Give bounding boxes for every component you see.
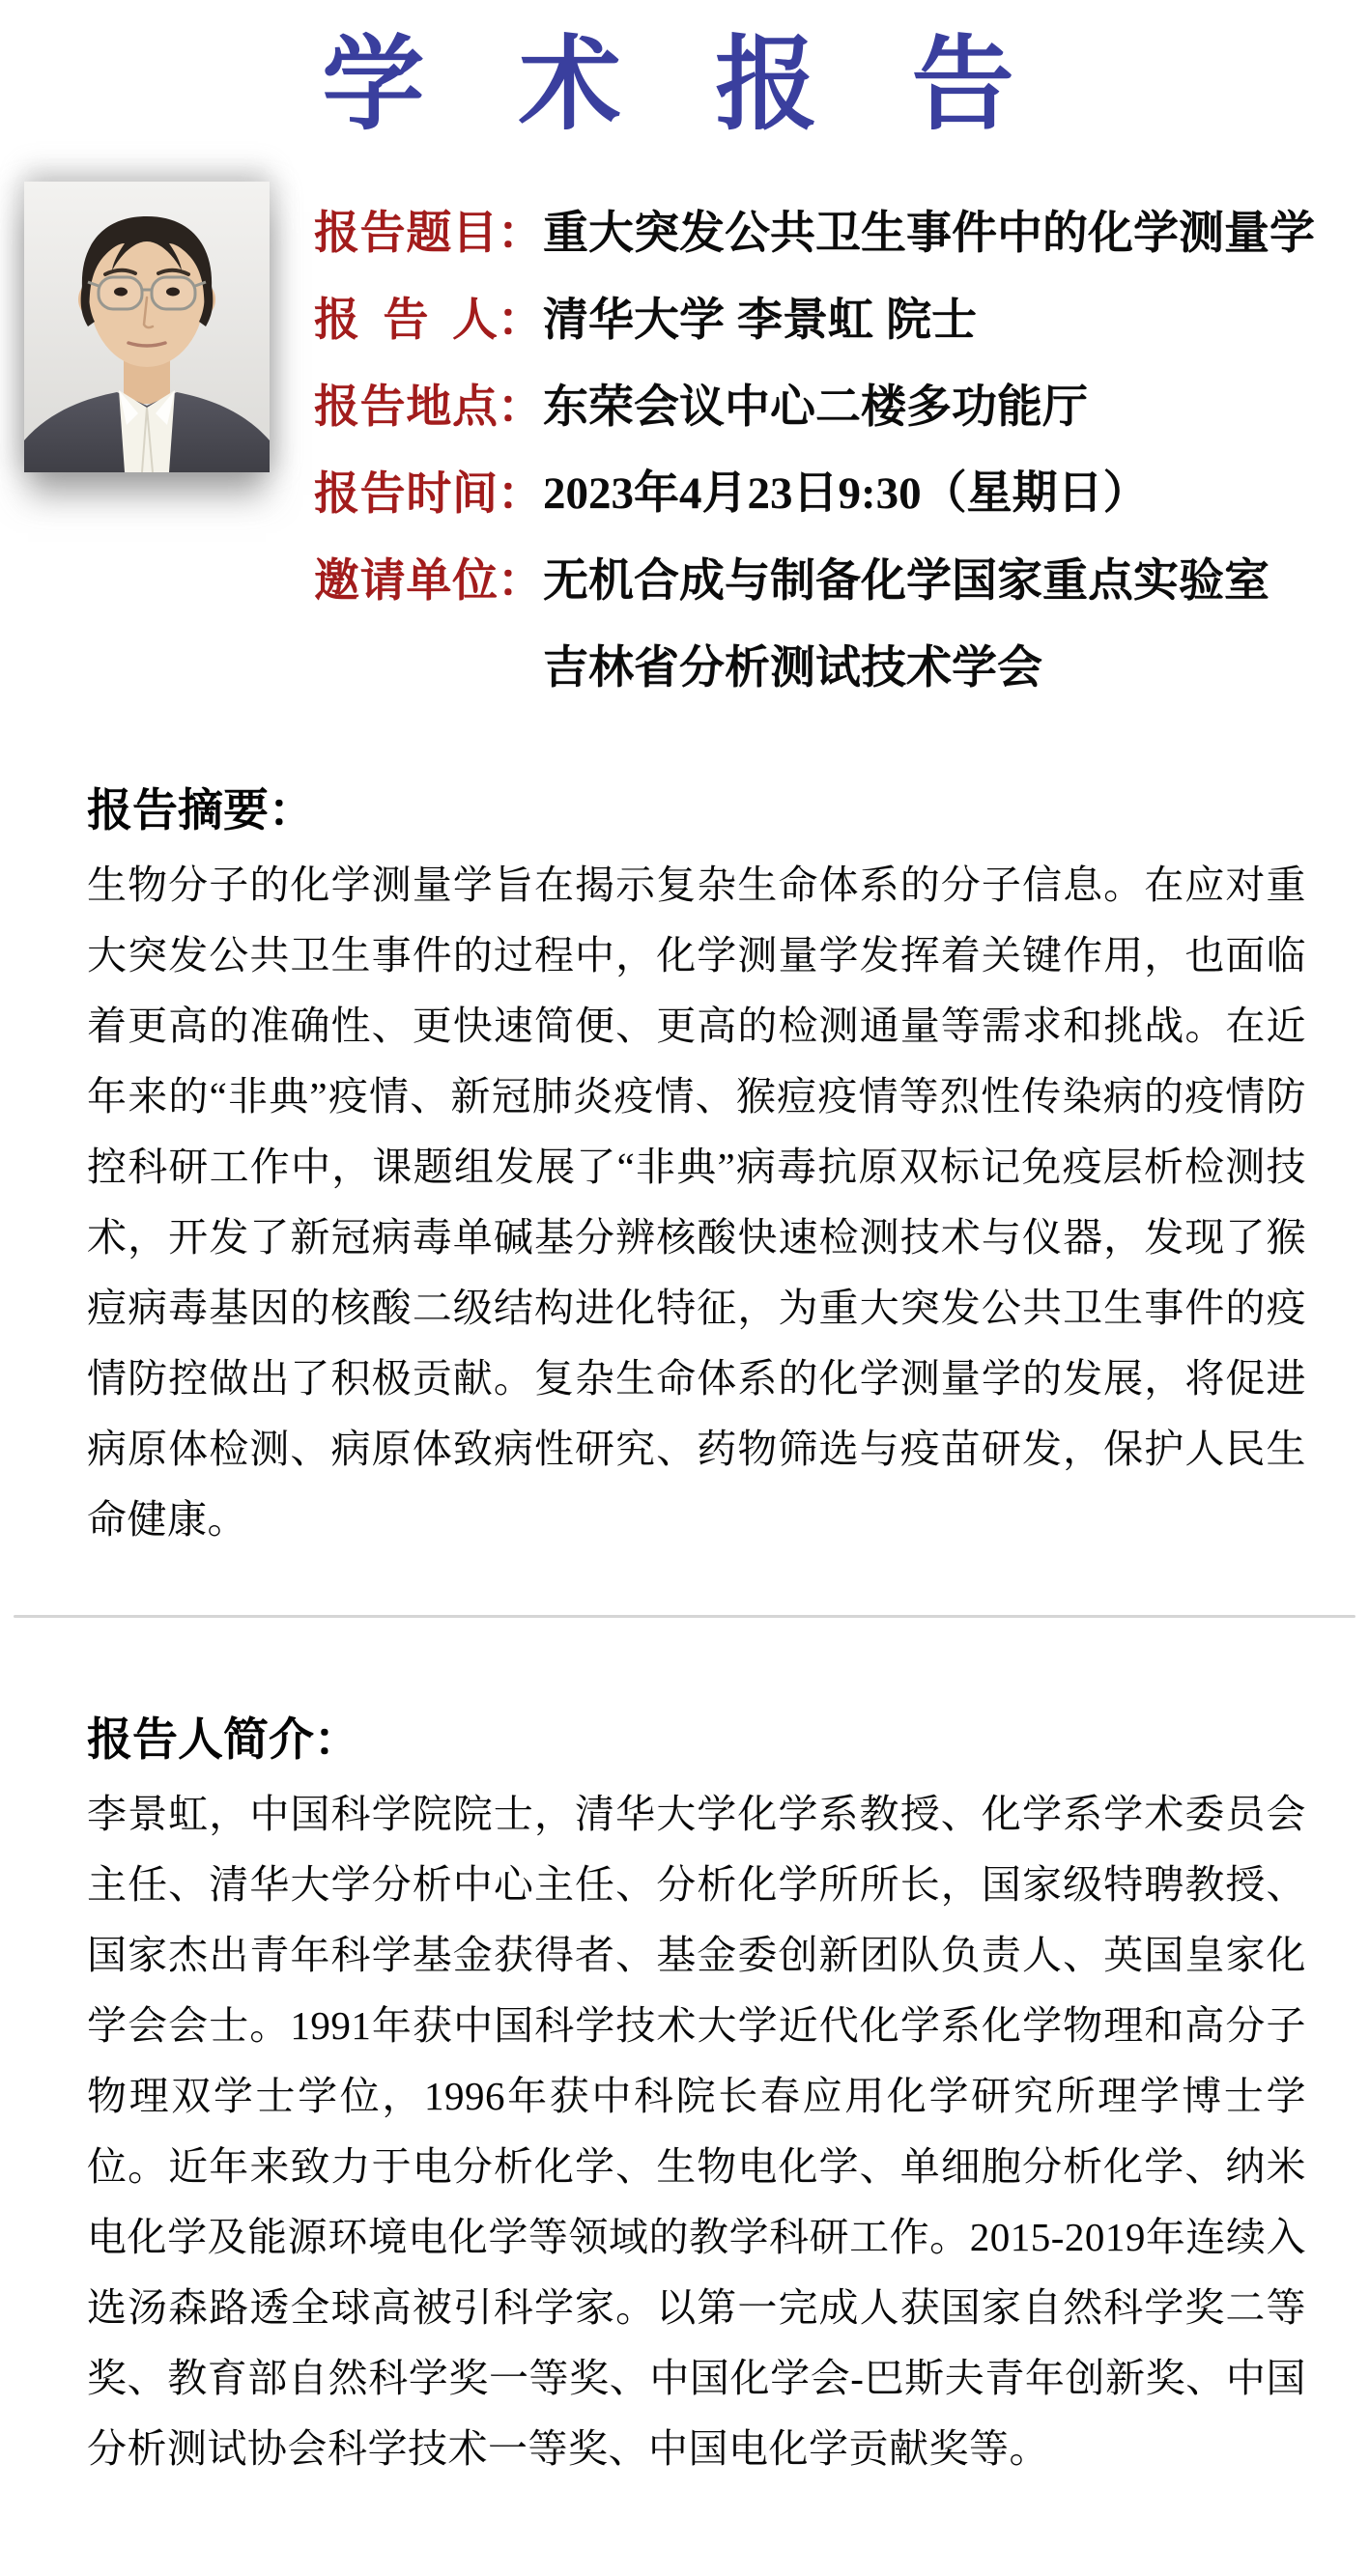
- info-row-speaker: 报 告 人：清华大学 李景虹 院士: [314, 294, 1362, 346]
- abstract-heading: 报告摘要：: [87, 784, 314, 836]
- section-divider: [14, 1615, 1355, 1618]
- time-label: 报告时间: [314, 467, 498, 520]
- topic-colon: ：: [498, 207, 543, 259]
- speaker-photo: [24, 182, 270, 472]
- host-colon: ：: [498, 554, 543, 607]
- info-row-venue: 报告地点：东荣会议中心二楼多功能厅: [314, 381, 1362, 433]
- info-row-host-second: 吉林省分析测试技术学会: [314, 641, 1369, 694]
- venue-value: 东荣会议中心二楼多功能厅: [543, 381, 1088, 433]
- topic-label: 报告题目: [314, 207, 498, 259]
- lecture-poster: 学 术 报 告: [0, 0, 1369, 2576]
- bio-paragraph: 李景虹，中国科学院院士，清华大学化学系教授、化学系学术委员会主任、清华大学分析中…: [87, 1779, 1306, 2484]
- speaker-colon: ：: [498, 294, 543, 346]
- host-value-second-line: 吉林省分析测试技术学会: [543, 641, 1042, 694]
- info-row-time: 报告时间：2023年4月23日9:30（星期日）: [314, 467, 1362, 520]
- time-colon: ：: [498, 467, 543, 520]
- time-value: 2023年4月23日9:30（星期日）: [543, 467, 1149, 520]
- info-row-topic: 报告题目：重大突发公共卫生事件中的化学测量学: [314, 207, 1362, 259]
- topic-value: 重大突发公共卫生事件中的化学测量学: [543, 207, 1315, 259]
- speaker-label: 报 告 人: [314, 294, 498, 346]
- speaker-portrait-illustration: [24, 182, 270, 472]
- bio-heading: 报告人简介：: [87, 1713, 359, 1766]
- page-title: 学 术 报 告: [0, 27, 1369, 145]
- venue-colon: ：: [498, 381, 543, 433]
- abstract-paragraph: 生物分子的化学测量学旨在揭示复杂生命体系的分子信息。在应对重大突发公共卫生事件的…: [87, 850, 1306, 1555]
- info-row-host: 邀请单位：无机合成与制备化学国家重点实验室: [314, 554, 1362, 607]
- venue-label: 报告地点: [314, 381, 498, 433]
- host-label: 邀请单位: [314, 554, 498, 607]
- speaker-value: 清华大学 李景虹 院士: [543, 294, 977, 346]
- host-value: 无机合成与制备化学国家重点实验室: [543, 554, 1269, 607]
